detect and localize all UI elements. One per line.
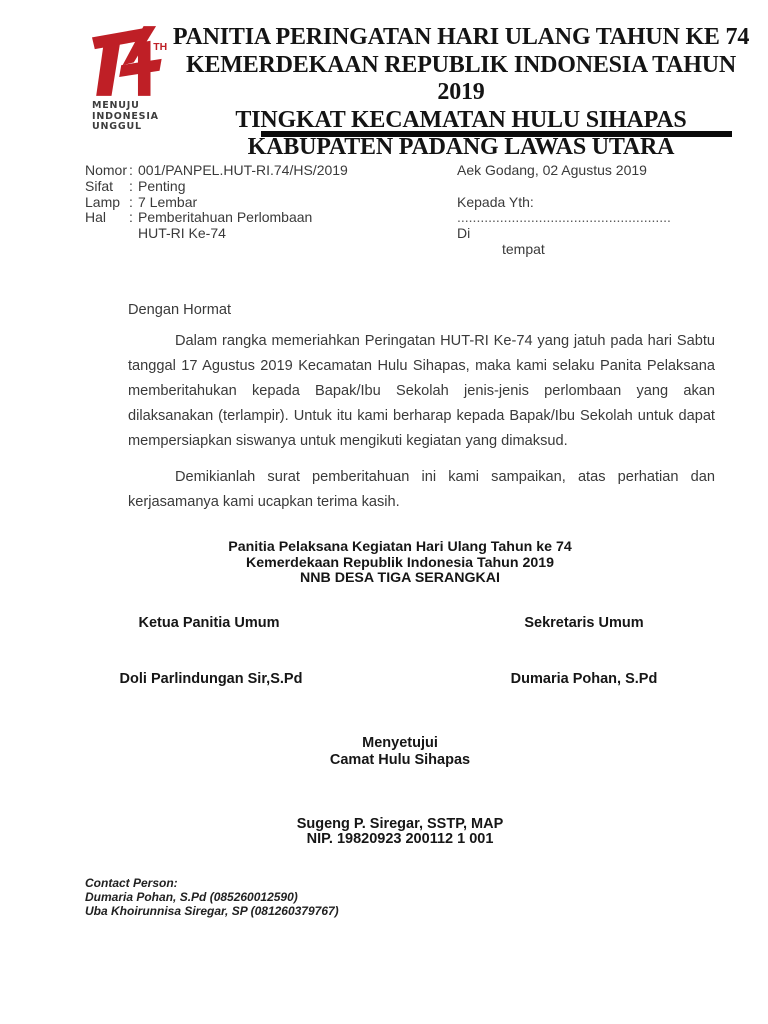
title-line: TINGKAT KECAMATAN HULU SIHAPAS: [168, 107, 754, 135]
logo-suffix: TH: [153, 42, 167, 53]
recipient-place: tempat: [457, 242, 672, 258]
meta-separator: :: [129, 195, 138, 211]
contact-heading: Contact Person:: [85, 877, 339, 891]
meta-label: Nomor: [85, 163, 129, 179]
74th-logo-icon: TH: [92, 26, 170, 96]
letter-page: TH MENUJU INDONESIA UNGGUL PANITIA PERIN…: [0, 0, 768, 1024]
meta-value: 001/PANPEL.HUT-RI.74/HS/2019: [138, 163, 348, 179]
recipient-dots: ........................................…: [457, 210, 672, 226]
signature-name-secretary: Dumaria Pohan, S.Pd: [479, 671, 689, 687]
committee-line: Panitia Pelaksana Kegiatan Hari Ulang Ta…: [130, 540, 670, 556]
meta-row-lamp: Lamp : 7 Lembar: [85, 195, 348, 211]
contact-entry: Dumaria Pohan, S.Pd (085260012590): [85, 891, 339, 905]
committee-line: NNB DESA TIGA SERANGKAI: [130, 571, 670, 587]
spacer-row: [457, 179, 672, 195]
logo-tagline: MENUJU INDONESIA UNGGUL: [92, 101, 178, 133]
meta-separator: :: [129, 210, 138, 226]
logo-tagline-line: MENUJU: [92, 101, 178, 112]
date-line: Aek Godang, 02 Agustus 2019: [457, 163, 672, 179]
approver-block: Sugeng P. Siregar, SSTP, MAP NIP. 198209…: [248, 817, 552, 847]
letter-meta: Nomor : 001/PANPEL.HUT-RI.74/HS/2019 Sif…: [85, 163, 348, 242]
approval-heading: Menyetujui Camat Hulu Sihapas: [300, 735, 500, 768]
meta-separator: :: [129, 163, 138, 179]
title-line: KEMERDEKAAN REPUBLIK INDONESIA TAHUN 201…: [168, 52, 754, 107]
committee-heading: Panitia Pelaksana Kegiatan Hari Ulang Ta…: [130, 540, 670, 587]
title-line: KABUPATEN PADANG LAWAS UTARA: [168, 134, 754, 162]
meta-row-hal: Hal : Pemberitahuan Perlombaan: [85, 210, 348, 226]
approval-line: Menyetujui: [300, 735, 500, 752]
recipient-di: Di: [457, 226, 672, 242]
logo-tagline-line: UNGGUL: [92, 122, 178, 133]
recipient-label: Kepada Yth:: [457, 195, 672, 211]
signature-role-chairman: Ketua Panitia Umum: [109, 615, 309, 631]
contact-block: Contact Person: Dumaria Pohan, S.Pd (085…: [85, 877, 339, 918]
meta-label: Sifat: [85, 179, 129, 195]
signature-role-secretary: Sekretaris Umum: [484, 615, 684, 631]
meta-separator: :: [129, 179, 138, 195]
body-paragraph-1: Dalam rangka memeriahkan Peringatan HUT-…: [128, 329, 715, 454]
meta-row-nomor: Nomor : 001/PANPEL.HUT-RI.74/HS/2019: [85, 163, 348, 179]
anniversary-74-logo: TH MENUJU INDONESIA UNGGUL: [92, 26, 178, 133]
salutation: Dengan Hormat: [128, 302, 231, 318]
approver-nip: NIP. 19820923 200112 1 001: [248, 832, 552, 847]
meta-value: 7 Lembar: [138, 195, 197, 211]
recipient-block: Aek Godang, 02 Agustus 2019 Kepada Yth: …: [457, 163, 672, 258]
letterhead-divider: [261, 131, 732, 137]
committee-line: Kemerdekaan Republik Indonesia Tahun 201…: [130, 556, 670, 572]
letterhead-title: PANITIA PERINGATAN HARI ULANG TAHUN KE 7…: [168, 24, 754, 162]
meta-value: Penting: [138, 179, 185, 195]
contact-entry: Uba Khoirunnisa Siregar, SP (08126037976…: [85, 905, 339, 919]
meta-value: Pemberitahuan Perlombaan: [138, 210, 312, 226]
body-paragraph-2: Demikianlah surat pemberitahuan ini kami…: [128, 465, 715, 515]
title-line: PANITIA PERINGATAN HARI ULANG TAHUN KE 7…: [168, 24, 754, 52]
approver-name: Sugeng P. Siregar, SSTP, MAP: [248, 817, 552, 832]
approval-line: Camat Hulu Sihapas: [300, 752, 500, 769]
meta-label: Lamp: [85, 195, 129, 211]
meta-hal-continuation: HUT-RI Ke-74: [85, 226, 348, 242]
meta-label: Hal: [85, 210, 129, 226]
signature-name-chairman: Doli Parlindungan Sir,S.Pd: [106, 671, 316, 687]
meta-row-sifat: Sifat : Penting: [85, 179, 348, 195]
